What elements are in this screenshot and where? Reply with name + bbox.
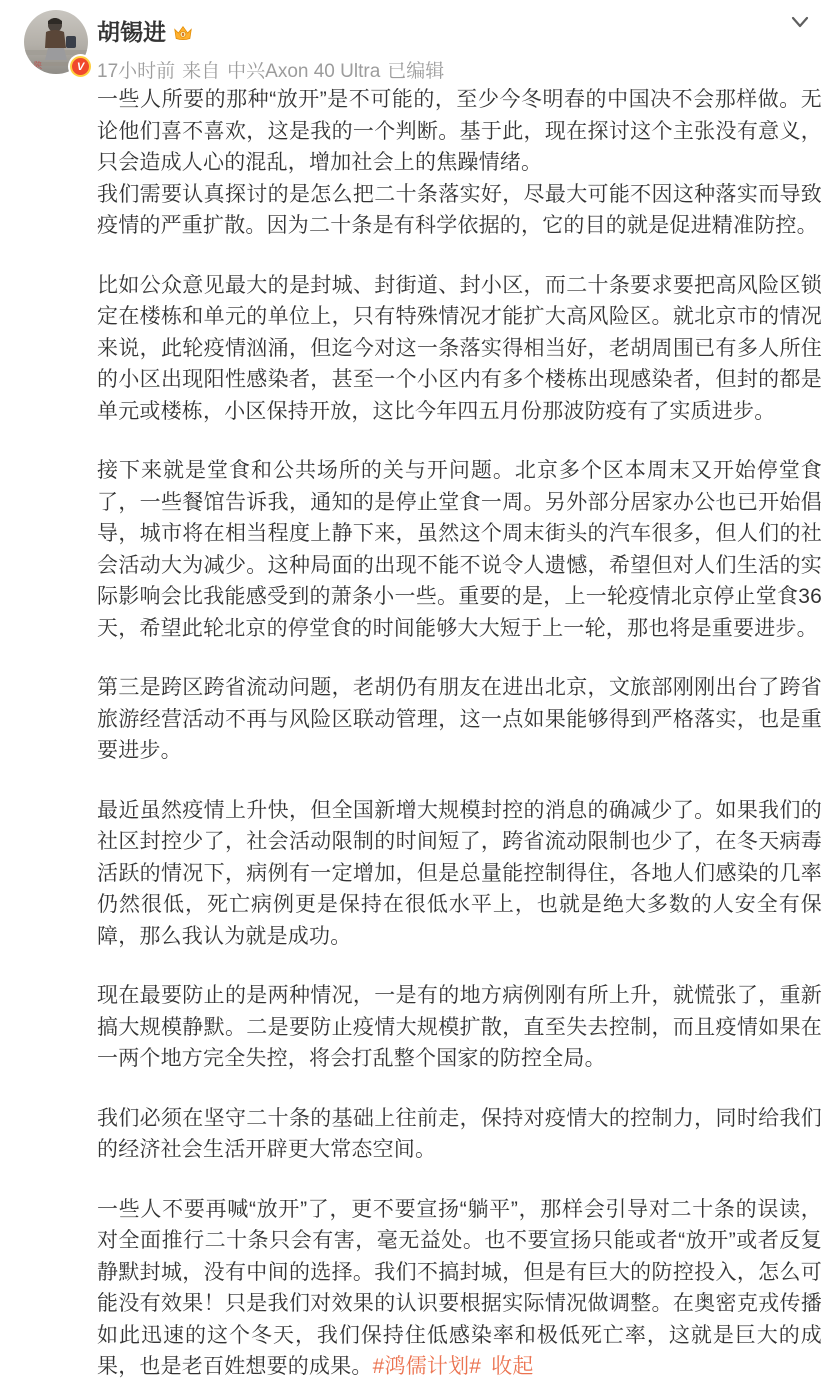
avatar[interactable]: 陕 V	[24, 10, 88, 74]
timestamp: 17小时前	[97, 56, 175, 83]
crown-badge-icon	[172, 22, 194, 44]
post-paragraph: 接下来就是堂食和公共场所的关与开问题。北京多个区本周末又开始停堂食了，一些餐馆告…	[97, 455, 822, 644]
post-paragraph: 一些人所要的那种“放开”是不可能的，至少今冬明春的中国决不会那样做。无论他们喜不…	[97, 84, 822, 179]
username[interactable]: 胡锡进	[97, 19, 166, 47]
svg-text:陕: 陕	[34, 60, 42, 70]
post-paragraph: 现在最要防止的是两种情况，一是有的地方病例刚有所上升，就慌张了，重新搞大规模静默…	[97, 980, 822, 1075]
post-content: 一些人所要的那种“放开”是不可能的，至少今冬明春的中国决不会那样做。无论他们喜不…	[97, 84, 822, 1383]
verified-badge-icon: V	[70, 56, 91, 77]
collapse-link[interactable]: 收起	[491, 1355, 533, 1378]
weibo-post: 陕 V 胡锡进 17小时前 来自 中兴Axon 40 Ultra 已编辑	[0, 0, 840, 1383]
hashtag-link[interactable]: #鸿儒计划#	[373, 1355, 482, 1378]
source-prefix: 来自	[182, 56, 220, 83]
post-paragraph: 我们必须在坚守二十条的基础上往前走，保持对疫情大的控制力，同时给我们的经济社会生…	[97, 1103, 822, 1166]
post-meta: 17小时前 来自 中兴Axon 40 Ultra 已编辑	[97, 56, 822, 83]
post-paragraph: 最近虽然疫情上升快，但全国新增大规模封控的消息的确减少了。如果我们的社区封控少了…	[97, 795, 822, 953]
post-header: 陕 V 胡锡进 17小时前 来自 中兴Axon 40 Ultra 已编辑	[24, 10, 822, 76]
edited-label: 已编辑	[387, 56, 444, 83]
chevron-down-icon[interactable]	[788, 10, 812, 34]
post-paragraph: 第三是跨区跨省流动问题，老胡仍有朋友在进出北京，文旅部刚刚出台了跨省旅游经营活动…	[97, 672, 822, 767]
post-paragraph: 比如公众意见最大的是封城、封街道、封小区，而二十条要求要把高风险区锁定在楼栋和单…	[97, 270, 822, 428]
post-paragraph: 我们需要认真探讨的是怎么把二十条落实好，尽最大可能不因这种落实而导致疫情的严重扩…	[97, 179, 822, 242]
post-paragraph: 一些人不要再喊“放开”了，更不要宣扬“躺平”，那样会引导对二十条的误读，对全面推…	[97, 1194, 822, 1383]
post-paragraph-text: 一些人不要再喊“放开”了，更不要宣扬“躺平”，那样会引导对二十条的误读，对全面推…	[97, 1198, 822, 1379]
header-info: 胡锡进 17小时前 来自 中兴Axon 40 Ultra 已编辑	[97, 10, 822, 83]
source-device-link[interactable]: 中兴Axon 40 Ultra	[227, 56, 380, 83]
